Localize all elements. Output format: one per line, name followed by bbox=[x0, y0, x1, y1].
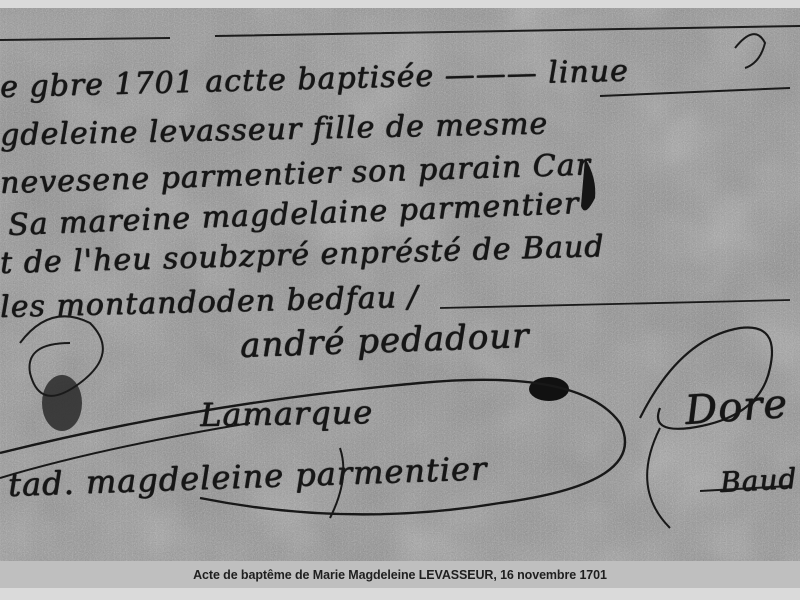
signature-dore: Dore bbox=[683, 381, 789, 434]
bottom-margin bbox=[0, 588, 800, 600]
signature-lamarque: Lamarque bbox=[200, 393, 374, 434]
top-margin bbox=[0, 0, 800, 8]
scanned-document-image: e gbre 1701 actte baptisée ——— linue gde… bbox=[0, 8, 800, 561]
signature-baud: Baud bbox=[719, 462, 798, 499]
image-caption: Acte de baptême de Marie Magdeleine LEVA… bbox=[193, 568, 607, 582]
caption-bar: Acte de baptême de Marie Magdeleine LEVA… bbox=[0, 561, 800, 588]
